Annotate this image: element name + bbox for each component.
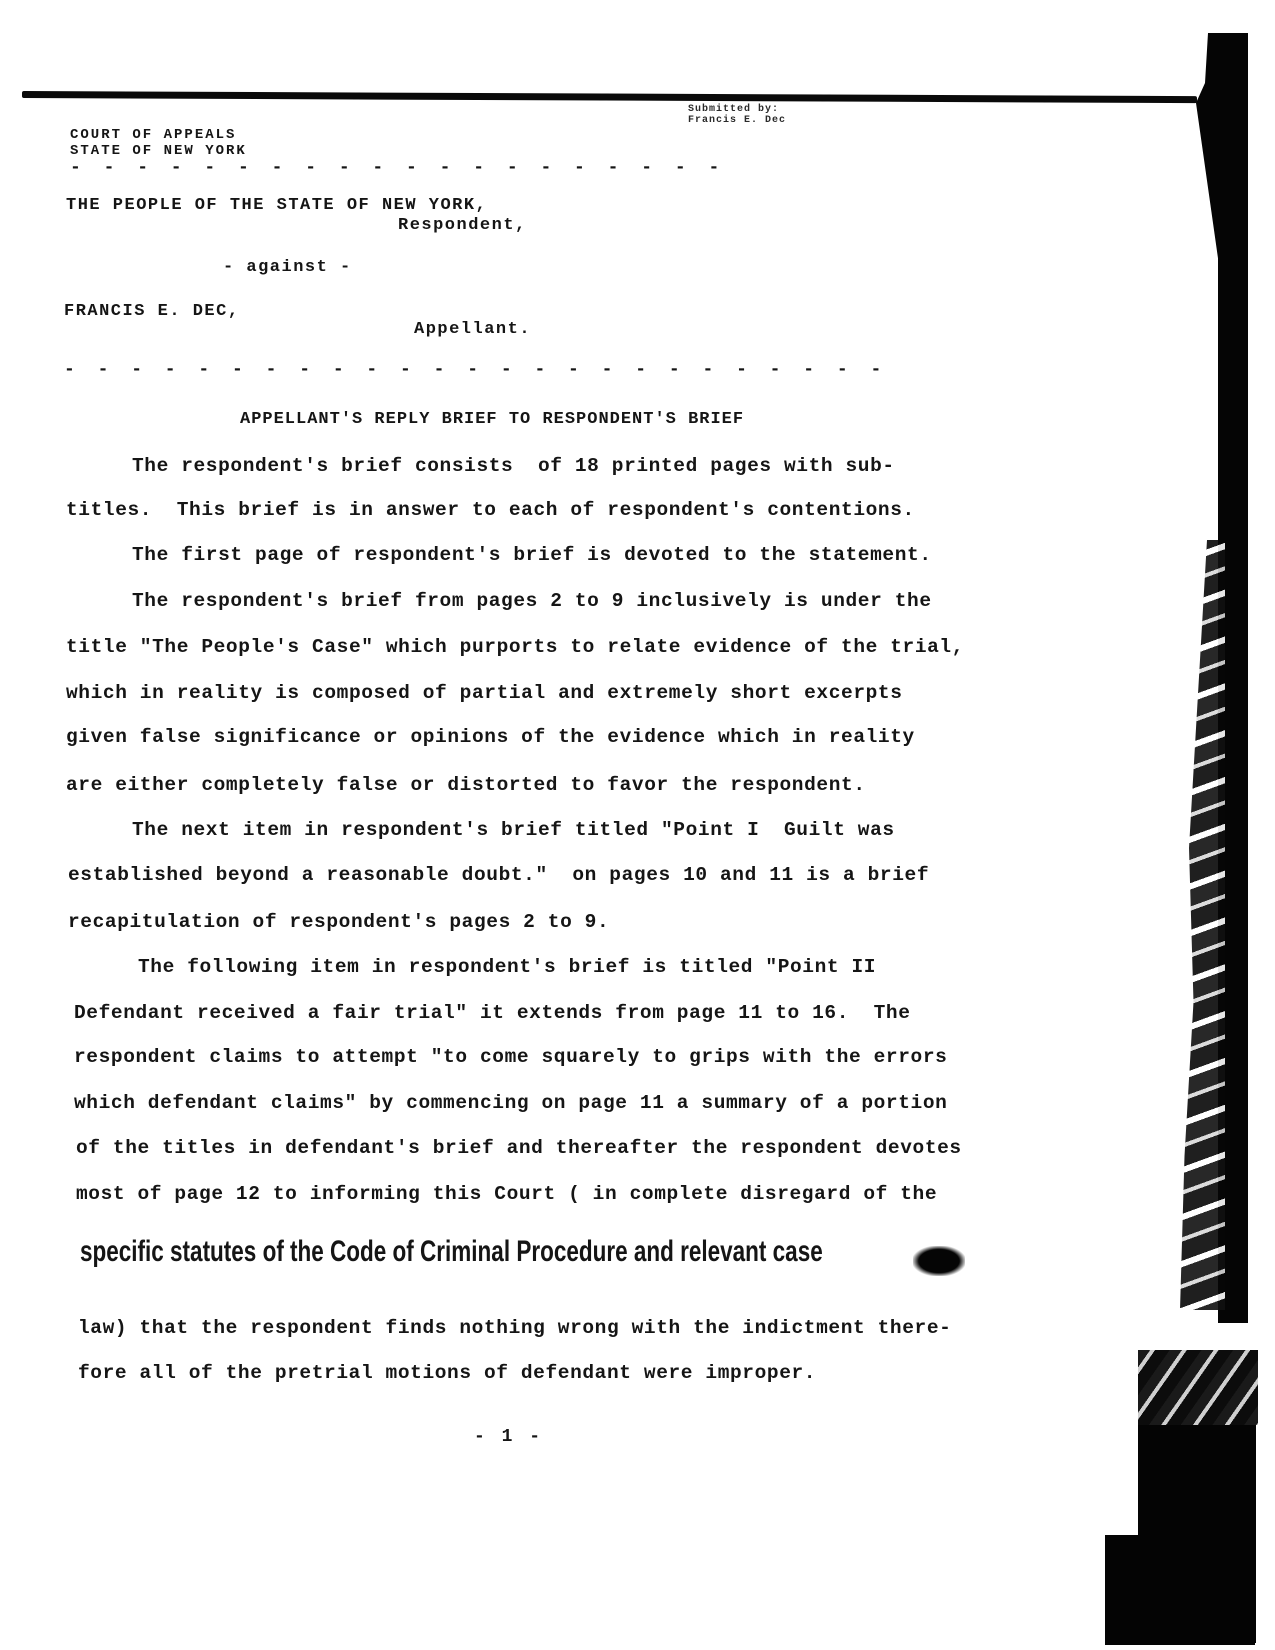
body-line: of the titles in defendant's brief and t… bbox=[76, 1137, 962, 1159]
body-line: title "The People's Case" which purports… bbox=[66, 636, 964, 658]
ink-smudge bbox=[913, 1246, 965, 1276]
caption-plaintiff: THE PEOPLE OF THE STATE OF NEW YORK, bbox=[66, 196, 487, 215]
scan-edge-artifact bbox=[1180, 540, 1225, 1310]
body-line: recapitulation of respondent's pages 2 t… bbox=[68, 911, 609, 933]
body-line: are either completely false or distorted… bbox=[66, 774, 866, 796]
body-line: The following item in respondent's brief… bbox=[138, 956, 876, 978]
submitted-by-label: Submitted by: bbox=[688, 104, 779, 115]
body-line: The respondent's brief consists of 18 pr… bbox=[132, 455, 895, 477]
top-rule-divider bbox=[22, 91, 1197, 103]
court-name: COURT OF APPEALS bbox=[70, 127, 236, 144]
body-line: The next item in respondent's brief titl… bbox=[132, 819, 895, 841]
body-line: given false significance or opinions of … bbox=[66, 726, 915, 748]
body-line: fore all of the pretrial motions of defe… bbox=[78, 1362, 816, 1384]
scan-corner-shadow-lower bbox=[1105, 1535, 1255, 1645]
separator-bottom: - - - - - - - - - - - - - - - - - - - - … bbox=[64, 360, 887, 380]
body-line: which in reality is composed of partial … bbox=[66, 682, 903, 704]
caption-versus: - against - bbox=[223, 258, 352, 277]
body-line: titles. This brief is in answer to each … bbox=[66, 499, 915, 521]
scanned-page: Submitted by: Francis E. Dec COURT OF AP… bbox=[0, 0, 1275, 1650]
body-line: which defendant claims" by commencing on… bbox=[74, 1092, 947, 1114]
page-number: - 1 - bbox=[474, 1427, 543, 1447]
submitted-by-name: Francis E. Dec bbox=[688, 115, 786, 126]
body-line: The respondent's brief from pages 2 to 9… bbox=[132, 590, 932, 612]
body-line: Defendant received a fair trial" it exte… bbox=[74, 1002, 911, 1024]
body-line: most of page 12 to informing this Court … bbox=[76, 1183, 937, 1205]
caption-defendant: FRANCIS E. DEC, bbox=[64, 302, 240, 321]
document-title: APPELLANT'S REPLY BRIEF TO RESPONDENT'S … bbox=[240, 410, 744, 429]
caption-defendant-role: Appellant. bbox=[414, 320, 531, 339]
caption-plaintiff-role: Respondent, bbox=[398, 216, 527, 235]
body-line: respondent claims to attempt "to come sq… bbox=[74, 1046, 947, 1068]
separator-top: - - - - - - - - - - - - - - - - - - - - bbox=[70, 158, 725, 178]
scan-corner-tear bbox=[1138, 1350, 1258, 1425]
body-line: The first page of respondent's brief is … bbox=[132, 544, 932, 566]
body-line-enlarged: specific statutes of the Code of Crimina… bbox=[80, 1235, 823, 1269]
body-line: established beyond a reasonable doubt." … bbox=[68, 864, 929, 886]
body-line: law) that the respondent finds nothing w… bbox=[78, 1317, 951, 1339]
